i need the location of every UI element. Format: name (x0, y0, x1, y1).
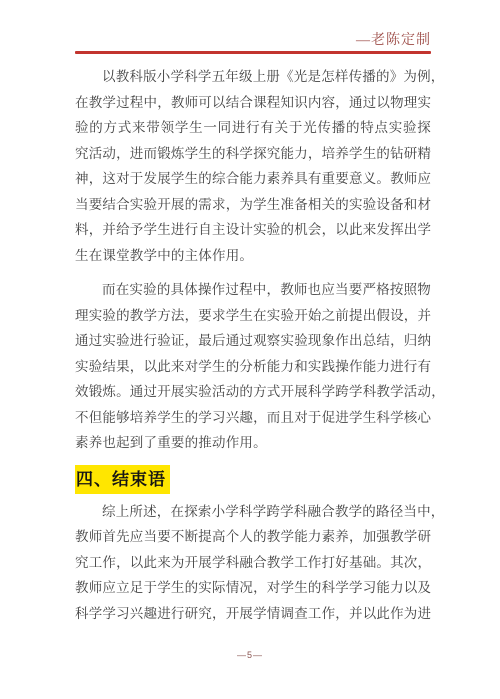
document-page: { "header": { "watermark": "—老陈定制" }, "c… (0, 0, 500, 699)
watermark-label: —老陈定制 (356, 29, 431, 49)
paragraph: 而在实验的具体操作过程中，教师也应当要严格按照物理实验的教学方法，要求学生在实验… (75, 277, 431, 456)
header-divider-line (75, 51, 431, 54)
section-heading-highlight: 四、结束语 (75, 465, 170, 494)
paragraph: 以教科版小学科学五年级上册《光是怎样传播的》为例，在教学过程中，教师可以结合课程… (75, 64, 431, 268)
page-number: —5— (0, 650, 500, 660)
section-heading: 四、结束语 (75, 465, 431, 496)
text-line: 神，这对于发展学生的综合能力素养具有重要意义。教师应 (75, 166, 431, 192)
text-line: 理实验的教学方法，要求学生在实验开始之前提出假设，并 (75, 303, 431, 329)
text-line: 当要结合实验开展的需求，为学生准备相关的实验设备和材 (75, 192, 431, 218)
text-line: 通过实验进行验证，最后通过观察实验现象作出总结，归纳 (75, 328, 431, 354)
text-line: 实验结果，以此来对学生的分析能力和实践操作能力进行有 (75, 354, 431, 380)
text-line: 而在实验的具体操作过程中，教师也应当要严格按照物 (75, 277, 431, 303)
text-line: 生在课堂教学中的主体作用。 (75, 243, 431, 269)
text-line: 教师首先应当要不断提高个人的教学能力素养，加强教学研 (75, 524, 431, 550)
text-line: 素养也起到了重要的推动作用。 (75, 430, 431, 456)
text-line: 在教学过程中，教师可以结合课程知识内容，通过以物理实 (75, 90, 431, 116)
paragraph: 综上所述，在探索小学科学跨学科融合教学的路径当中，教师首先应当要不断提高个人的教… (75, 499, 431, 627)
text-line: 究工作，以此来为开展学科融合教学工作打好基础。其次， (75, 550, 431, 576)
text-line: 综上所述，在探索小学科学跨学科融合教学的路径当中， (75, 499, 431, 525)
text-line: 不但能够培养学生的学习兴趣，而且对于促进学生科学核心 (75, 405, 431, 431)
text-line: 究活动，进而锻炼学生的科学探究能力，培养学生的钻研精 (75, 141, 431, 167)
text-line: 以教科版小学科学五年级上册《光是怎样传播的》为例， (75, 64, 431, 90)
text-line: 教师应立足于学生的实际情况，对学生的科学学习能力以及 (75, 575, 431, 601)
text-line: 科学学习兴趣进行研究，开展学情调查工作，并以此作为进 (75, 601, 431, 627)
text-line: 验的方式来带领学生一同进行有关于光传播的特点实验探 (75, 115, 431, 141)
text-line: 效锻炼。通过开展实验活动的方式开展科学跨学科教学活动， (75, 379, 431, 405)
text-line: 料，并给予学生进行自主设计实验的机会，以此来发挥出学 (75, 217, 431, 243)
document-body: 以教科版小学科学五年级上册《光是怎样传播的》为例，在教学过程中，教师可以结合课程… (75, 64, 431, 626)
